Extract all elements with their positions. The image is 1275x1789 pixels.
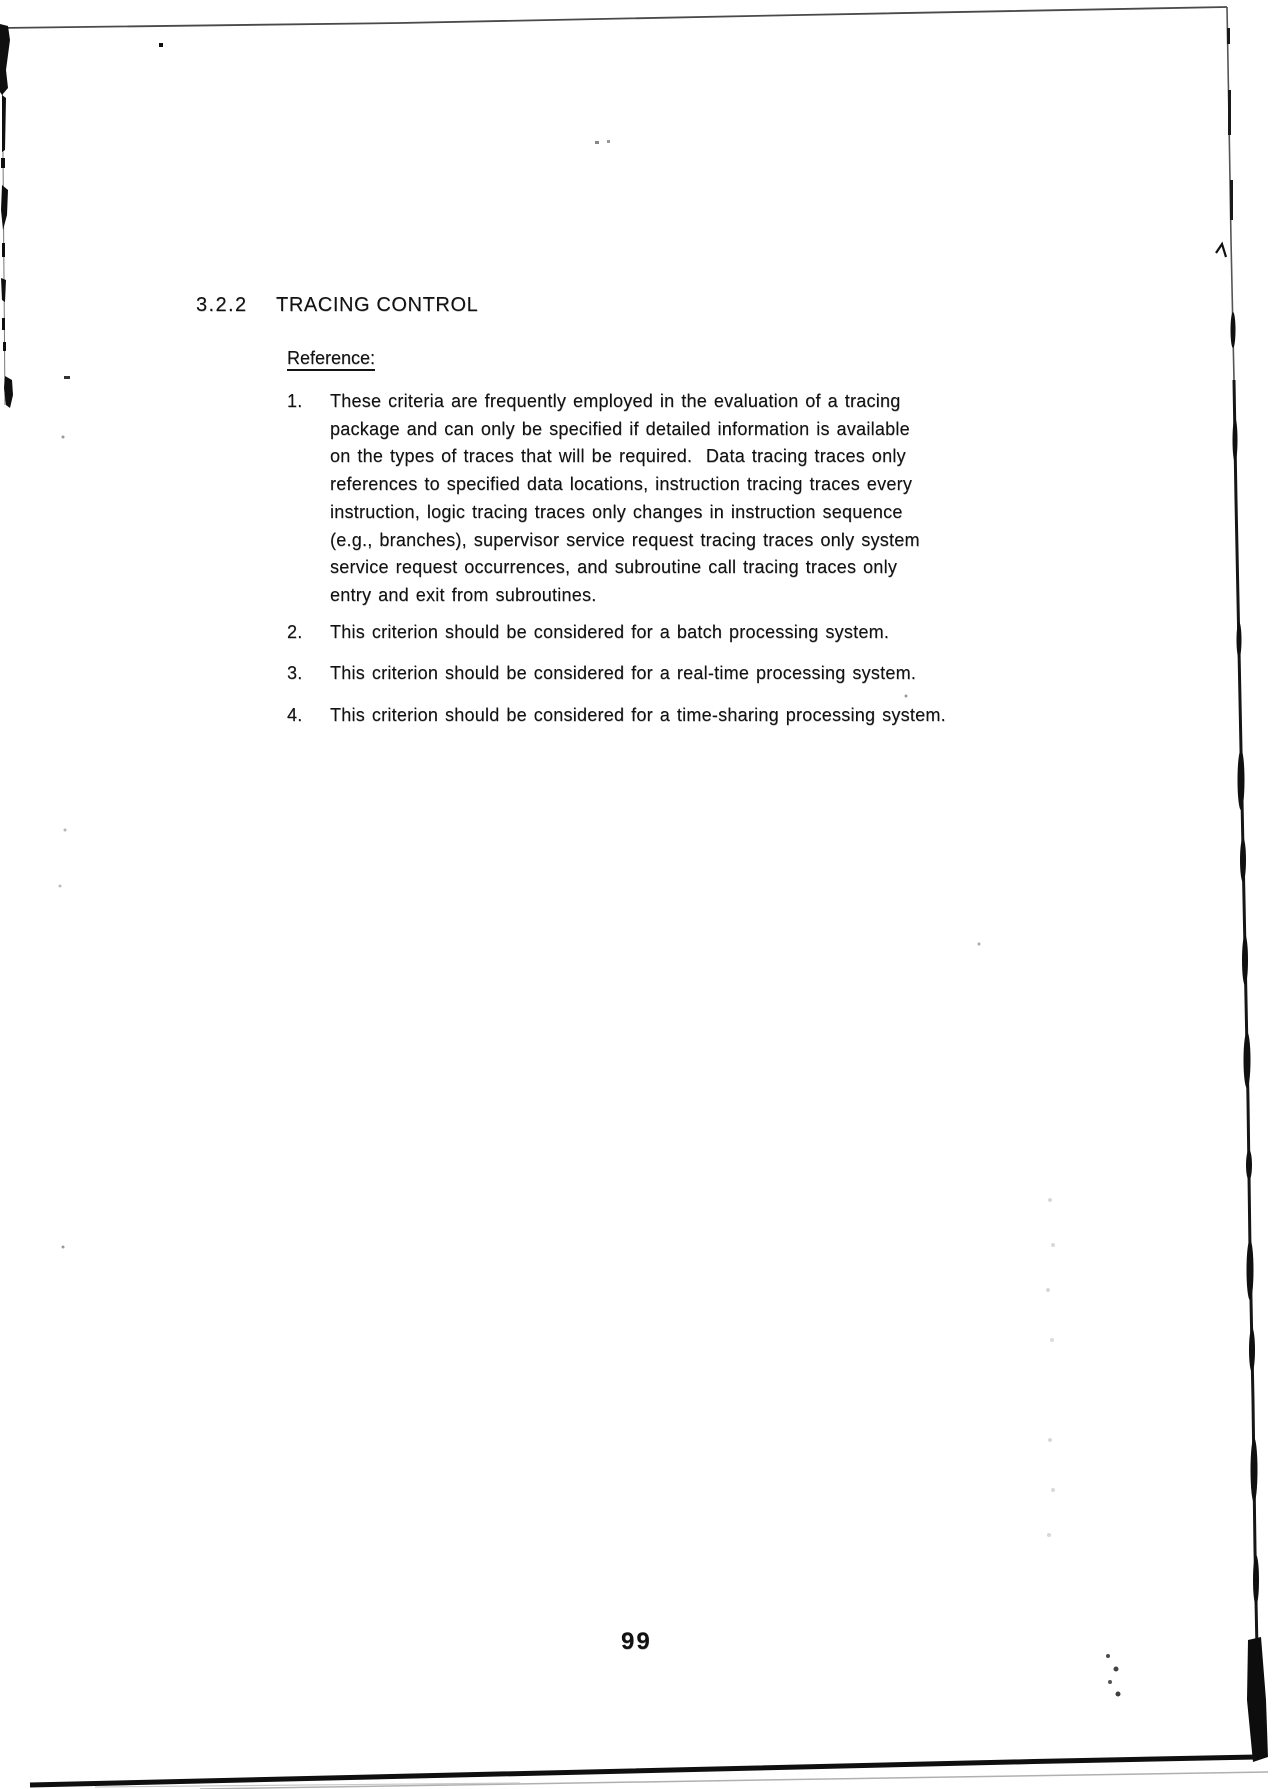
list-item: 2. This criterion should be considered f… bbox=[281, 619, 889, 647]
section-number: 3.2.2 bbox=[196, 294, 247, 317]
list-item-line: instruction, logic tracing traces only c… bbox=[330, 499, 920, 527]
list-item: 4. This criterion should be considered f… bbox=[281, 702, 946, 730]
list-item-line: service request occurrences, and subrout… bbox=[330, 554, 920, 582]
list-item: 3. This criterion should be considered f… bbox=[281, 660, 916, 688]
list-item-number: 4. bbox=[287, 702, 303, 730]
scan-speck bbox=[62, 436, 65, 439]
page-number: 99 bbox=[621, 1628, 652, 1656]
scan-speck bbox=[62, 1246, 65, 1249]
scan-edge-right-upper bbox=[1227, 7, 1234, 380]
scan-speck bbox=[159, 43, 163, 47]
scan-speck bbox=[905, 695, 908, 698]
list-item-line: This criterion should be considered for … bbox=[330, 660, 916, 688]
scan-tick-mark bbox=[1216, 244, 1226, 257]
scan-speck bbox=[978, 943, 981, 946]
scan-edge-right bbox=[1234, 380, 1257, 1650]
scanned-document-page: 3.2.2 TRACING CONTROL Reference: 1. Thes… bbox=[0, 0, 1275, 1789]
scan-edge-top bbox=[0, 7, 1227, 28]
scan-artifacts bbox=[0, 0, 1275, 1789]
scan-speck bbox=[64, 376, 70, 379]
list-item-line: references to specified data locations, … bbox=[330, 471, 920, 499]
scan-speck bbox=[607, 140, 610, 143]
scan-edge-bottom bbox=[30, 1757, 1256, 1785]
list-item-line: (e.g., branches), supervisor service req… bbox=[330, 527, 920, 555]
list-item-line: entry and exit from subroutines. bbox=[330, 582, 920, 610]
scan-speck bbox=[59, 885, 62, 888]
list-item-number: 2. bbox=[287, 619, 303, 647]
list-item-line: This criterion should be considered for … bbox=[330, 702, 946, 730]
list-item-number: 1. bbox=[287, 388, 303, 416]
scan-speck bbox=[64, 829, 67, 832]
list-item-number: 3. bbox=[287, 660, 303, 688]
list-item-line: These criteria are frequently employed i… bbox=[330, 388, 920, 416]
reference-label: Reference: bbox=[287, 349, 375, 371]
scan-edge-left-hairline bbox=[2, 30, 5, 405]
list-item: 1. These criteria are frequently employe… bbox=[281, 388, 920, 610]
scan-speck bbox=[595, 141, 599, 144]
list-item-line: This criterion should be considered for … bbox=[330, 619, 889, 647]
section-title: TRACING CONTROL bbox=[276, 294, 478, 317]
list-item-line: on the types of traces that will be requ… bbox=[330, 443, 920, 471]
list-item-line: package and can only be specified if det… bbox=[330, 416, 920, 444]
scan-edge-right-bar bbox=[1247, 1637, 1268, 1762]
